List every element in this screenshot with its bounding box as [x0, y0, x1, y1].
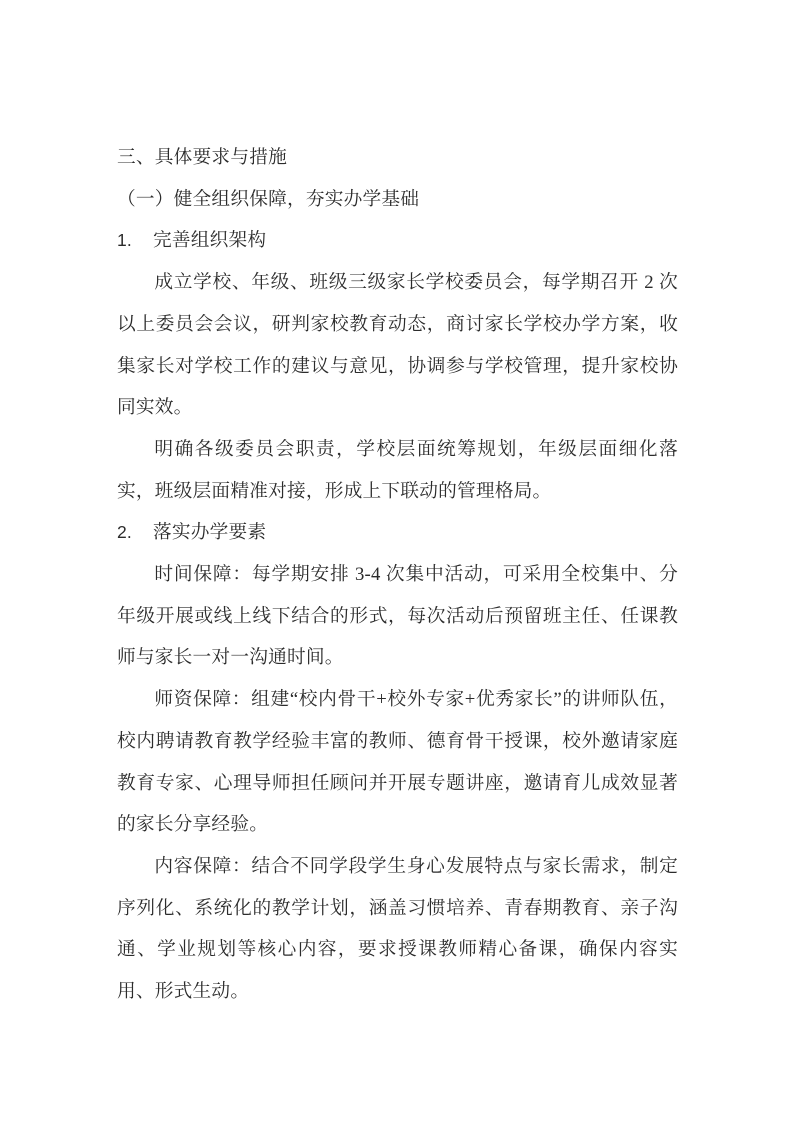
subsection-heading: （一）健全组织保障，夯实办学基础: [117, 179, 678, 221]
document-content: 三、具体要求与措施 （一）健全组织保障，夯实办学基础 1.完善组织架构 成立学校…: [117, 137, 678, 1013]
item-title: 完善组织架构: [153, 230, 266, 251]
numbered-item-1: 1.完善组织架构: [117, 220, 678, 262]
document-page: 三、具体要求与措施 （一）健全组织保障，夯实办学基础 1.完善组织架构 成立学校…: [0, 0, 793, 1122]
section-heading: 三、具体要求与措施: [117, 137, 678, 179]
item-number: 1.: [117, 220, 153, 262]
item-title: 落实办学要素: [153, 522, 266, 543]
paragraph: 时间保障：每学期安排 3-4 次集中活动，可采用全校集中、分年级开展或线上线下结…: [117, 554, 678, 679]
paragraph: 内容保障：结合不同学段学生身心发展特点与家长需求，制定序列化、系统化的教学计划，…: [117, 846, 678, 1013]
paragraph: 成立学校、年级、班级三级家长学校委员会，每学期召开 2 次以上委员会会议，研判家…: [117, 262, 678, 429]
numbered-item-2: 2.落实办学要素: [117, 512, 678, 554]
paragraph: 明确各级委员会职责，学校层面统筹规划，年级层面细化落实，班级层面精准对接，形成上…: [117, 429, 678, 512]
item-number: 2.: [117, 512, 153, 554]
paragraph: 师资保障：组建“校内骨干+校外专家+优秀家长”的讲师队伍，校内聘请教育教学经验丰…: [117, 679, 678, 846]
